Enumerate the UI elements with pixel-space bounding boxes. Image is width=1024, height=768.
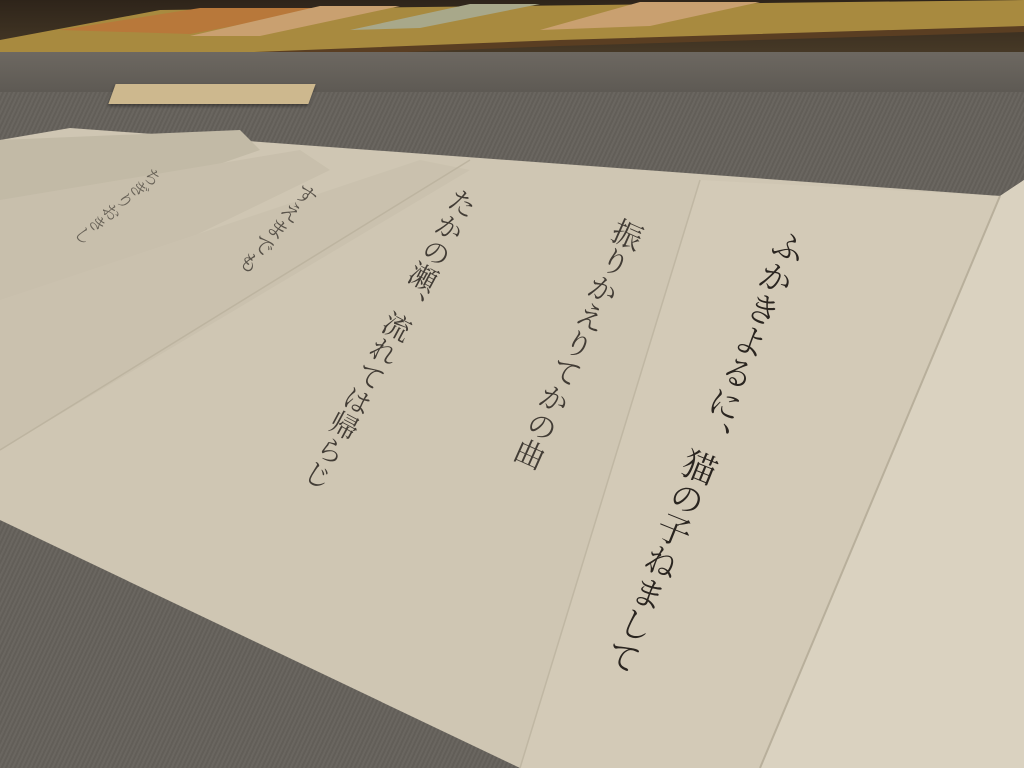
photo-scene: ふかきよるに、猫の子ねまして 振りかえりてかの曲 たかの瀬、流れては帰らじ すえ…	[0, 0, 1024, 768]
letter-paper	[0, 0, 1024, 768]
